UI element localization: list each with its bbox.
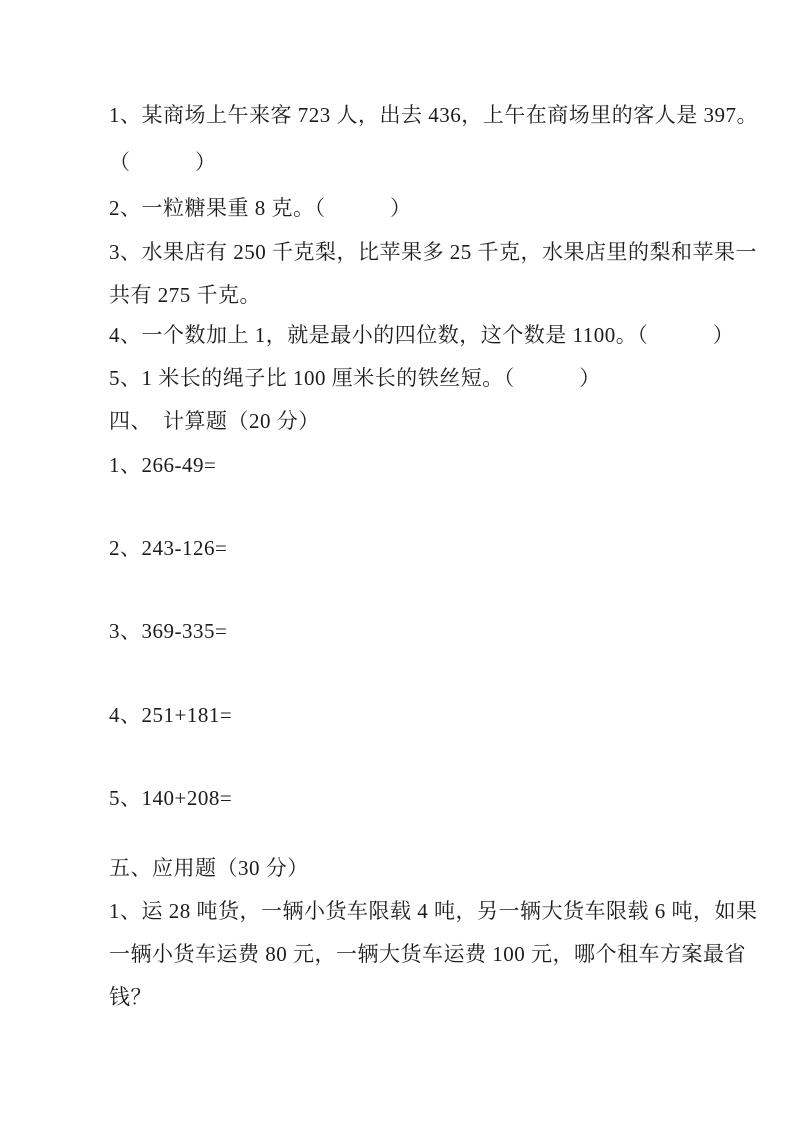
application-section-heading: 五、应用题（30 分）: [109, 853, 709, 884]
calculation-problem-3: 3、369-335=: [109, 616, 709, 647]
calculation-problem-5: 5、140+208=: [109, 783, 709, 814]
application-problem-1-line3: 钱？: [109, 982, 709, 1013]
judgement-item-2-text: 2、一粒糖果重 8 克。（ ）: [109, 193, 709, 224]
judgement-item-5-text: 5、1 米长的绳子比 100 厘米长的铁丝短。（ ）: [109, 363, 709, 394]
judgement-item-3-text-line1: 3、水果店有 250 千克梨，比苹果多 25 千克，水果店里的梨和苹果一: [109, 237, 709, 268]
calculation-problem-4: 4、251+181=: [109, 700, 709, 731]
application-problem-1-line2: 一辆小货车运费 80 元，一辆大货车运费 100 元，哪个租车方案最省: [109, 939, 709, 970]
document-page: 1、某商场上午来客 723 人，出去 436，上午在商场里的客人是 397。 （…: [0, 0, 793, 1122]
calculation-problem-2: 2、243-126=: [109, 533, 709, 564]
judgement-item-3-text-line2: 共有 275 千克。: [109, 280, 709, 311]
calculation-problem-1: 1、266-49=: [109, 450, 709, 481]
judgement-item-1-text: 1、某商场上午来客 723 人，出去 436，上午在商场里的客人是 397。: [109, 100, 709, 131]
calculation-section-heading: 四、 计算题（20 分）: [109, 406, 709, 437]
judgement-item-1-answer-blank: （ ）: [109, 147, 709, 178]
judgement-item-4-text: 4、一个数加上 1，就是最小的四位数，这个数是 1100。（ ）: [109, 320, 709, 351]
application-problem-1-line1: 1、运 28 吨货，一辆小货车限载 4 吨，另一辆大货车限载 6 吨，如果: [109, 896, 709, 927]
